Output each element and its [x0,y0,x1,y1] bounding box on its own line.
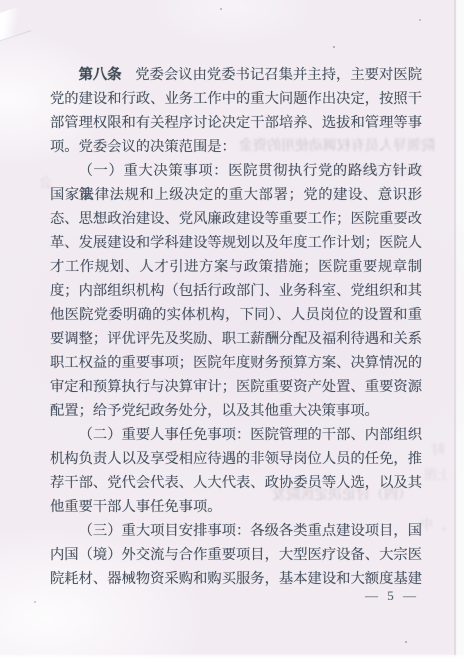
text-line: （一）重大决策事项：医院贯彻执行党的路线方针政策、 [50,159,422,183]
text-line-content: 配置；给予党纪政务处分，以及其他重大决策事项。 [50,403,379,419]
text-line: 机构负责人以及享受相应待遇的非领导岗位人员的任免，推 [50,447,422,471]
text-line: 要调整；评优评先及奖励、职工薪酬分配及福利待遇和关系 [50,327,422,351]
article-number: 第八条 [79,67,122,83]
text-line-content: （二）重要人事任免事项：医院管理的干部、内部组织 [79,427,422,443]
text-line-content: 部管理权限和有关程序讨论决定干部培养、选拔和管理等事 [50,115,422,131]
text-line-content: 度；内部组织机构（包括行政部门、业务科室、党组织和其 [50,283,422,299]
text-line: 部管理权限和有关程序讨论决定干部培养、选拔和管理等事 [50,111,422,135]
text-line-content: 审定和预算执行与决算审计；医院重要资产处置、重要资源 [50,379,422,395]
text-line: 态、思想政治建设、党风廉政建设等重要工作；医院重要改 [50,207,422,231]
text-line: 配置；给予党纪政务处分，以及其他重大决策事项。 [50,399,422,423]
scanned-document-page: 院领导人员有权调动使用的资金重点医疗项目安排会时上图（四）讨论决定医院发，中：田… [0,0,464,658]
text-line-content: 革、发展建设和学科建设等规划以及年度工作计划；医院人 [50,235,422,251]
text-line-content: 项。党委会议的决策范围是： [50,139,236,155]
text-line-content: 职工权益的重要事项；医院年度财务预算方案、决算情况的 [50,355,422,371]
text-line-content: 院耗材、器械物资采购和购买服务，基本建设和大额度基建 [50,571,422,587]
text-line: 党的建设和行政、业务工作中的重大问题作出决定，按照干 [50,87,422,111]
text-line-content: 他重要干部人事任免事项。 [50,499,222,515]
text-line-content: 国家法律法规和上级决定的重大部署；党的建设、意识形 [50,187,422,203]
text-line: 他重要干部人事任免事项。 [50,495,422,519]
text-line: 职工权益的重要事项；医院年度财务预算方案、决算情况的 [50,351,422,375]
text-line-content: 机构负责人以及享受相应待遇的非领导岗位人员的任免，推 [50,451,422,467]
text-line-content: 荐干部、党代会代表、人大代表、政协委员等人选，以及其 [50,475,422,491]
text-line: 革、发展建设和学科建设等规划以及年度工作计划；医院人 [50,231,422,255]
document-body: 第八条党委会议由党委书记召集并主持，主要对医院党的建设和行政、业务工作中的重大问… [50,63,422,591]
text-line: 度；内部组织机构（包括行政部门、业务科室、党组织和其 [50,279,422,303]
text-line-content: 党的建设和行政、业务工作中的重大问题作出决定，按照干 [50,91,422,107]
text-line-content: （三）重大项目安排事项：各级各类重点建设项目，国 [79,523,422,539]
text-line-content: 要调整；评优评先及奖励、职工薪酬分配及福利待遇和关系 [50,331,422,347]
text-line-content: 才工作规划、人才引进方案与政策措施；医院重要规章制 [50,259,422,275]
text-line: （三）重大项目安排事项：各级各类重点建设项目，国 [50,519,422,543]
text-line-content: 态、思想政治建设、党风廉政建设等重要工作；医院重要改 [50,211,422,227]
ghost-text: ，中 [418,518,448,531]
ghost-text: 上图 [424,468,450,481]
text-line: 内国（境）外交流与合作重要项目，大型医疗设备、大宗医 [50,543,422,567]
text-line: 他医院党委明确的实体机构，下同）、人员岗位的设置和重 [50,303,422,327]
page-number: — 5 — [352,588,432,604]
scan-specks [0,0,2,2]
text-line: 审定和预算执行与决算审计；医院重要资产处置、重要资源 [50,375,422,399]
text-line: （二）重要人事任免事项：医院管理的干部、内部组织 [50,423,422,447]
text-line: 才工作规划、人才引进方案与政策措施；医院重要规章制 [50,255,422,279]
text-line: 项。党委会议的决策范围是： [50,135,422,159]
text-line-content: 他医院党委明确的实体机构，下同）、人员岗位的设置和重 [50,307,422,323]
text-line-content: 内国（境）外交流与合作重要项目，大型医疗设备、大宗医 [50,547,422,563]
text-line-content: 党委会议由党委书记召集并主持，主要对医院 [135,67,422,83]
text-line: 国家法律法规和上级决定的重大部署；党的建设、意识形 [50,183,422,207]
fold-crease [0,5,31,41]
text-line: 第八条党委会议由党委书记召集并主持，主要对医院 [50,63,422,87]
text-line: 荐干部、党代会代表、人大代表、政协委员等人选，以及其 [50,471,422,495]
ghost-text: 时 [428,443,448,456]
